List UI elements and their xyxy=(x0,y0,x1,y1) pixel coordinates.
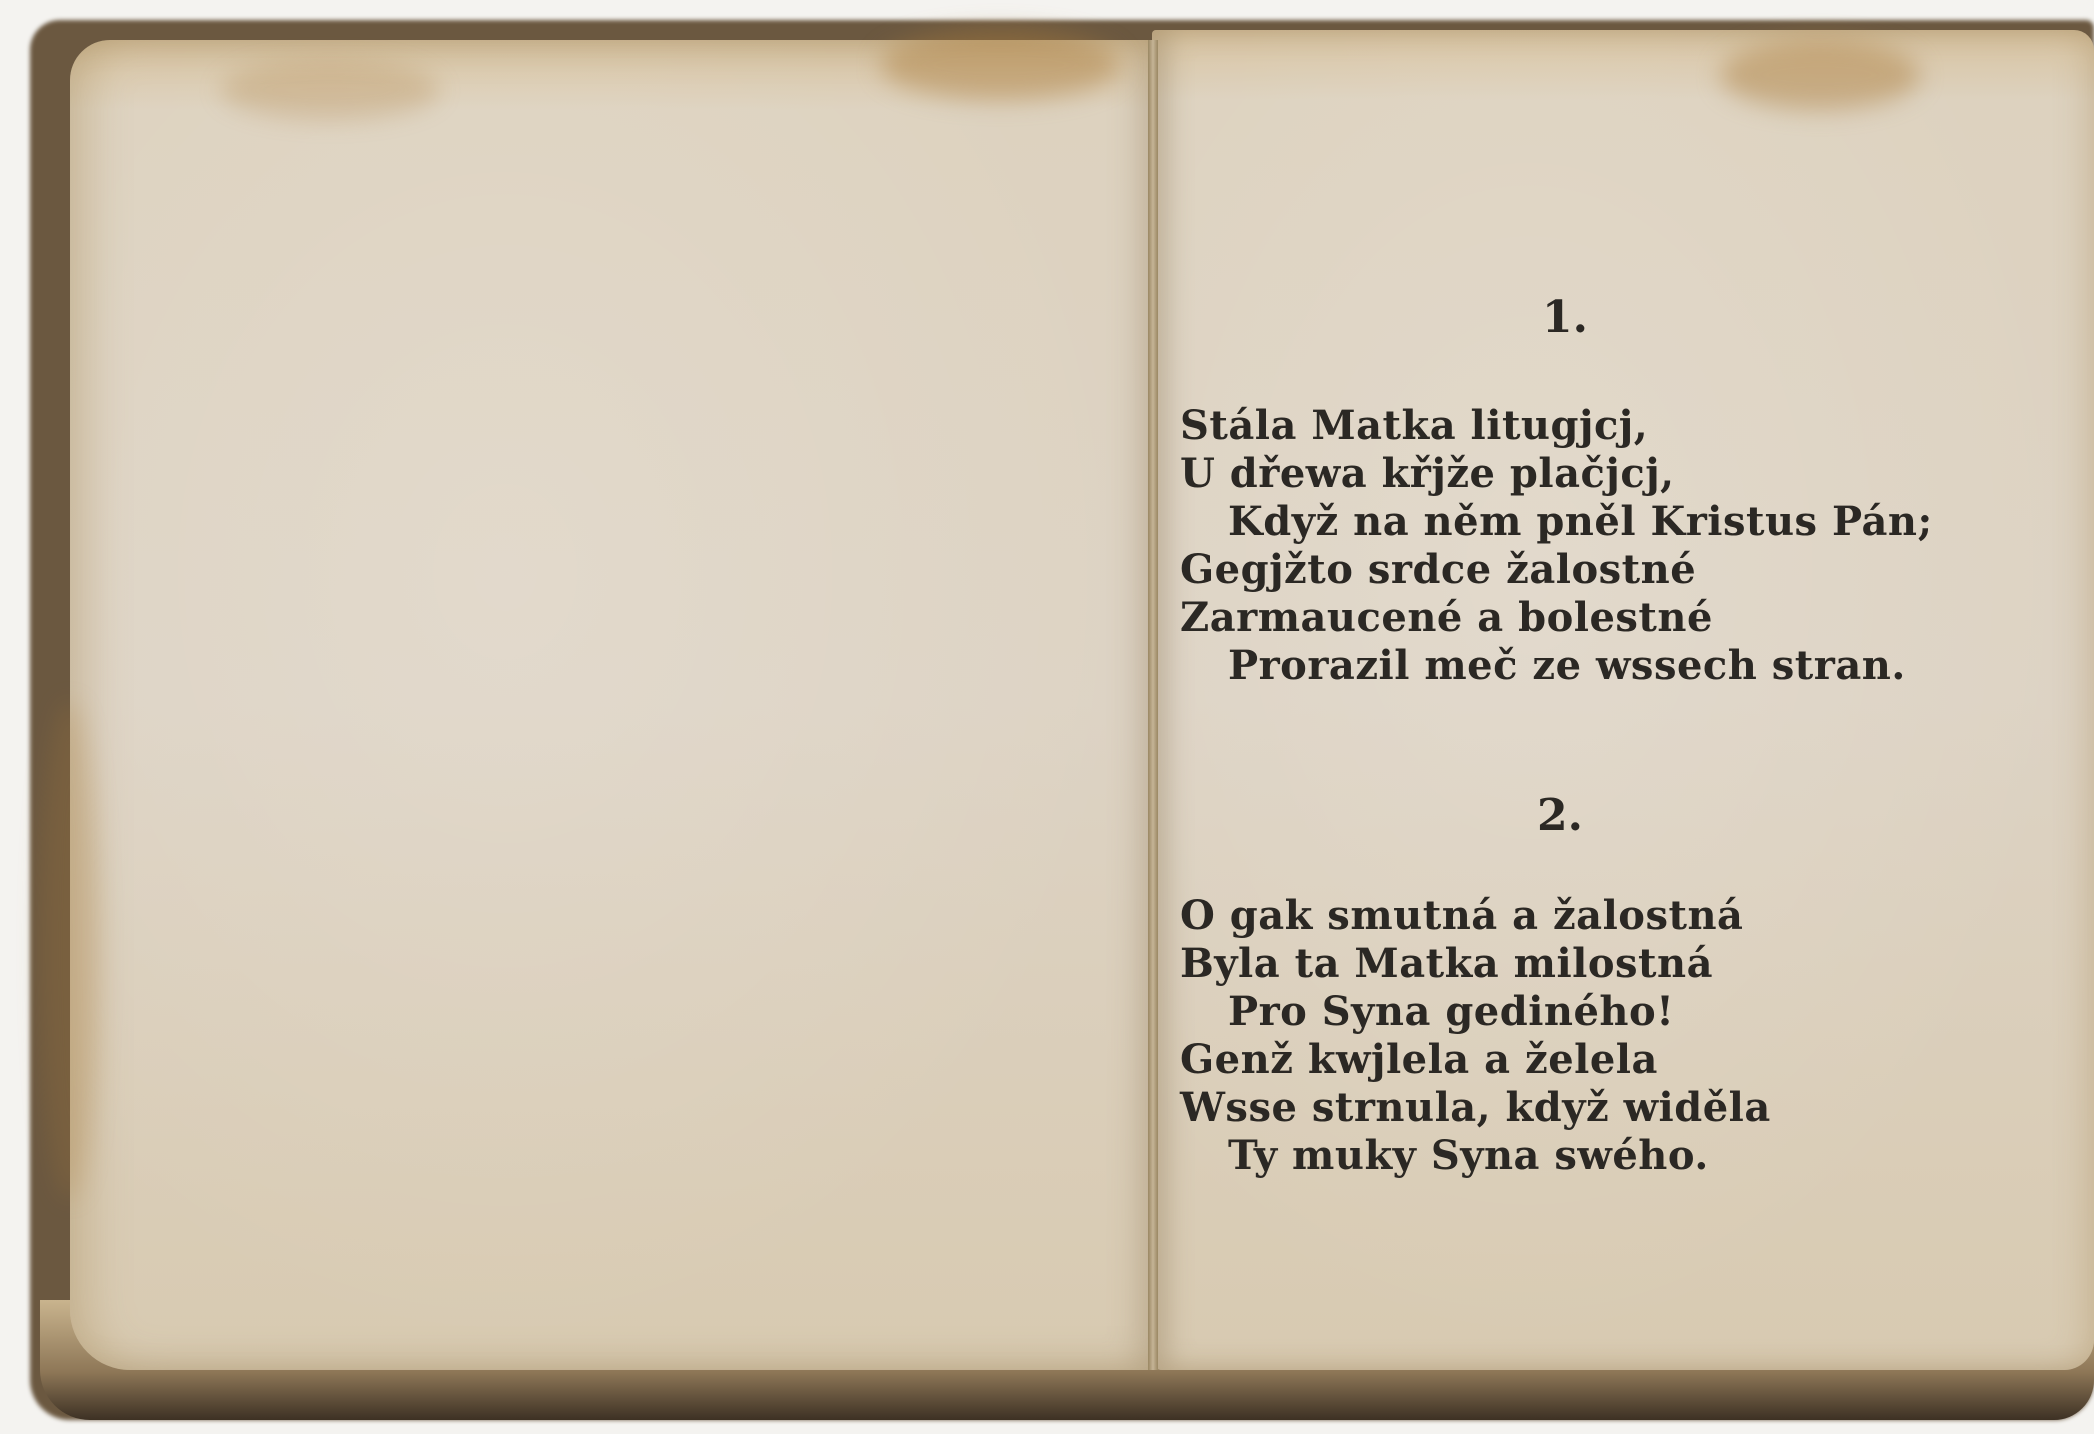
verse-line: Genž kwjlela a želela xyxy=(1180,1036,1771,1084)
stanza-1: Stála Matka litugjcj, U dřewa křjže plač… xyxy=(1180,402,1933,690)
verse-line: Wsse strnula, když widěla xyxy=(1180,1084,1771,1132)
stanza-number-2: 2. xyxy=(1460,790,1660,841)
verse-line: O gak smutná a žalostná xyxy=(1180,892,1771,940)
stain xyxy=(220,60,440,120)
book-spine xyxy=(1148,40,1158,1370)
verse-line: Gegjžto srdce žalostné xyxy=(1180,546,1933,594)
stanza-number-1: 1. xyxy=(1465,292,1665,343)
verse-line: Stála Matka litugjcj, xyxy=(1180,402,1933,450)
stanza-2: O gak smutná a žalostná Byla ta Matka mi… xyxy=(1180,892,1771,1180)
verse-line: Prorazil meč ze wssech stran. xyxy=(1180,642,1933,690)
verse-line: Byla ta Matka milostná xyxy=(1180,940,1771,988)
stain xyxy=(880,30,1120,100)
verse-line: Pro Syna gediného! xyxy=(1180,988,1771,1036)
stain xyxy=(40,700,100,1200)
verse-line: Zarmaucené a bolestné xyxy=(1180,594,1933,642)
verse-line: U dřewa křjže plačjcj, xyxy=(1180,450,1933,498)
stain xyxy=(1720,40,1920,110)
left-page: ​ xyxy=(70,40,1158,1370)
verse-line: Ty muky Syna swého. xyxy=(1180,1132,1771,1180)
verse-line: Když na něm pněl Kristus Pán; xyxy=(1180,498,1933,546)
